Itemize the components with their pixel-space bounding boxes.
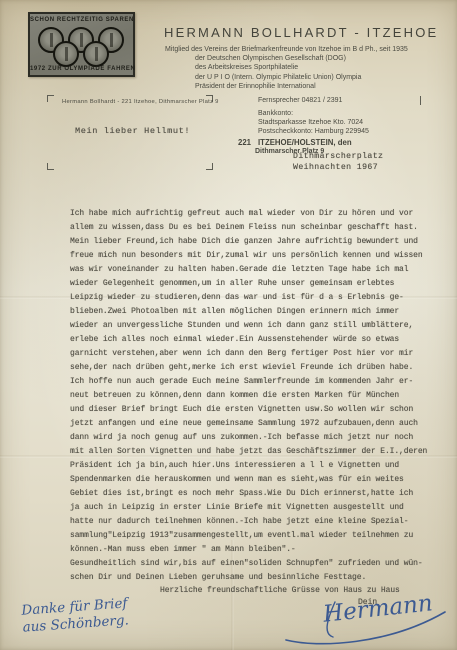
membership-line: der Deutschen Olympischen Gesellschaft (… <box>195 54 408 63</box>
body-line: garnicht verstehen,aber wenn ich dann de… <box>70 347 450 361</box>
body-line: ja auch in Leipzig in erster Linie Brief… <box>70 501 450 515</box>
body-line: sammlung"Leipzig 1913"zusammengestellt,u… <box>70 529 450 543</box>
salutation: Mein lieber Hellmut! <box>75 126 190 136</box>
phone-line: Fernsprecher 04821 / 2391 <box>258 96 369 105</box>
olympic-ring-icon <box>83 41 109 67</box>
body-line: sehe,der nach drüben geht,merke ich erst… <box>70 361 450 375</box>
body-line: wieder Gelegenheit genommen,um in aller … <box>70 277 450 291</box>
body-line: Ich hoffe nun auch gerade Euch meine Sam… <box>70 375 450 389</box>
bank-line: Postscheckkonto: Hamburg 229945 <box>258 127 369 136</box>
fold-tick-mark <box>420 96 421 105</box>
body-line: neut betreuen zu können,denn dann kommen… <box>70 389 450 403</box>
stamp-bottom-text: 1972 ZUR OLYMPIADE FAHREN <box>30 66 133 72</box>
membership-line: Präsident der Erinnophilie International <box>195 82 408 91</box>
membership-line: des Arbeitskreises Sportphilatelie <box>195 63 408 72</box>
body-line: können.-Man muss eben immer " am Mann bl… <box>70 543 450 557</box>
typed-date: Weihnachten 1967 <box>293 163 378 172</box>
body-line: allem zu wissen,dass Du es bei Deinem Fl… <box>70 221 450 235</box>
letterhead-title: HERMANN BOLLHARDT - ITZEHOE <box>164 25 449 40</box>
window-corner-mark <box>47 163 54 170</box>
body-line: blieben.Zwei Photoalben mit allen möglic… <box>70 305 450 319</box>
body-line: Präsident ich ja bin,auch hier.Uns inter… <box>70 459 450 473</box>
window-corner-mark <box>206 163 213 170</box>
stamp-top-text: SCHON RECHTZEITIG SPAREN <box>30 17 133 23</box>
body-line: und dieser Brief bringt Euch die ersten … <box>70 403 450 417</box>
body-line: erlebe ich alles noch einmal wieder.Ein … <box>70 333 450 347</box>
bank-label: Bankkonto: <box>258 109 369 118</box>
city-line: 221ITZEHOE/HOLSTEIN, den <box>238 138 352 147</box>
membership-line: der U P I O (Intern. Olympic Philatelic … <box>195 73 408 82</box>
body-line: Gebiet dies ist,bringt es noch mehr Spas… <box>70 487 450 501</box>
letterhead-memberships: Mitglied des Vereins der Briefmarkenfreu… <box>165 45 408 91</box>
olympic-rings-stamp-logo: SCHON RECHTZEITIG SPAREN 1972 ZUR OLYMPI… <box>28 12 135 77</box>
window-corner-mark <box>47 95 54 102</box>
body-line: freue mich nun besonders mit Dir,zumal w… <box>70 249 450 263</box>
signature: Hermann <box>283 590 453 648</box>
city-name: ITZEHOE/HOLSTEIN, den <box>258 138 352 147</box>
bank-line: Stadtsparkasse Itzehoe Kto. 7024 <box>258 118 369 127</box>
body-line: hatte nur dadurch teilnehmen können.-Ich… <box>70 515 450 529</box>
body-line: Gesundheitlich sind wir,bis auf einen"so… <box>70 557 450 571</box>
body-line: jetzt anfangen und eine neue gemeinsame … <box>70 417 450 431</box>
postal-code: 221 <box>238 138 251 147</box>
body-line: schen Dir und Deinen Lieben geruhsame un… <box>70 571 450 585</box>
membership-line: Mitglied des Vereins der Briefmarkenfreu… <box>165 45 408 54</box>
sender-return-address: Hermann Bollhardt - 221 Itzehoe, Dithmar… <box>62 99 219 105</box>
handwritten-note: Danke für Brief aus Schönberg. <box>21 595 129 636</box>
body-line: was wir voneinander zu halten haben.Gera… <box>70 263 450 277</box>
contact-block: Fernsprecher 04821 / 2391 Bankkonto: Sta… <box>258 96 369 136</box>
scanned-letter-page: SCHON RECHTZEITIG SPAREN 1972 ZUR OLYMPI… <box>0 0 457 650</box>
olympic-ring-icon <box>53 41 79 67</box>
body-line: Spendenmarken die herauskommen und wenn … <box>70 473 450 487</box>
body-line: wieder an unvergessliche Stunden und wen… <box>70 319 450 333</box>
body-line: dann wird ja noch genug auf uns zukommen… <box>70 431 450 445</box>
body-line: Mein lieber Freund,ich habe Dich die gan… <box>70 235 450 249</box>
body-line: Leipzig wieder zu studieren,denn das war… <box>70 291 450 305</box>
body-line: Ich habe mich aufrichtig gefreut auch ma… <box>70 207 450 221</box>
letter-body: Ich habe mich aufrichtig gefreut auch ma… <box>70 207 450 585</box>
typed-place: Dithmarscherplatz <box>293 152 383 161</box>
body-line: mit allen Sorten Vignetten und habe jetz… <box>70 445 450 459</box>
